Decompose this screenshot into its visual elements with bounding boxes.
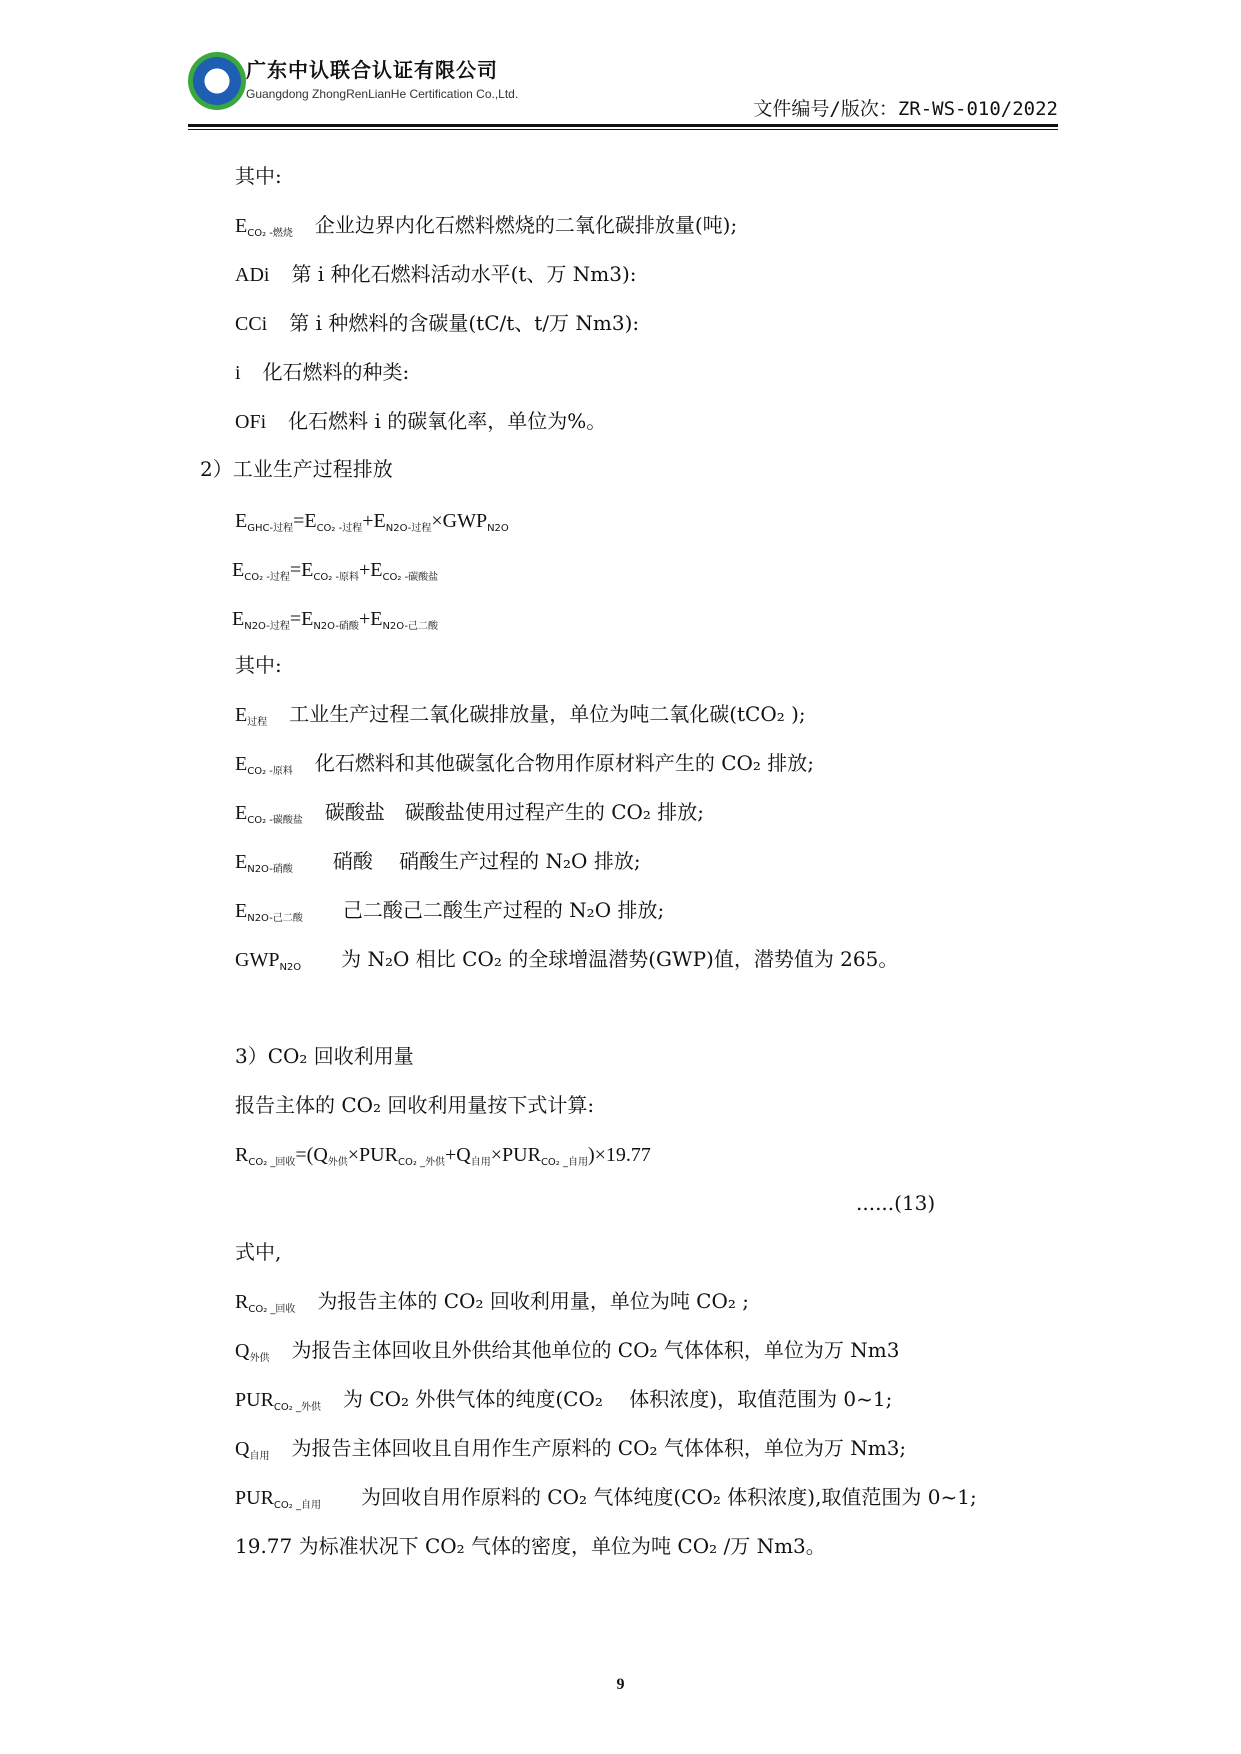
formula-subscript: N2O-硝酸 bbox=[313, 621, 359, 632]
section2-heading: 2）工业生产过程排放 bbox=[200, 455, 393, 483]
definition-row: EN2O-己二酸己二酸己二酸生产过程的 N₂O 排放; bbox=[235, 896, 664, 933]
formula-term: ×PUR bbox=[491, 1141, 541, 1169]
symbol: E bbox=[235, 701, 247, 729]
formula-term: ×GWP bbox=[431, 507, 487, 535]
section1-intro: 其中: bbox=[235, 162, 282, 190]
symbol-subscript: CO₂ _自用 bbox=[274, 1500, 321, 1511]
symbol-subscript: CO₂ -碳酸盐 bbox=[247, 815, 303, 826]
section3-heading: 3）CO₂ 回收利用量 bbox=[235, 1042, 414, 1070]
formula-n2o-process: EN2O-过程=EN2O-硝酸+EN2O-己二酸 bbox=[232, 604, 438, 641]
page-header: 4 广东中认联合认证有限公司 Guangdong ZhongRenLianHe … bbox=[188, 52, 1058, 132]
formula-subscript: N2O-过程 bbox=[244, 621, 290, 632]
definition-text: 化石燃料 i 的碳氧化率，单位为%。 bbox=[288, 409, 606, 433]
definition-row: E过程工业生产过程二氧化碳排放量，单位为吨二氧化碳(tCO₂ ); bbox=[235, 700, 806, 737]
formula-subscript: CO₂ _外供 bbox=[398, 1157, 445, 1168]
definition-row: i化石燃料的种类: bbox=[235, 358, 409, 387]
logo-mark: 4 bbox=[205, 64, 229, 98]
definition-row: CCi第 i 种燃料的含碳量(tC/t、t/万 Nm3): bbox=[235, 309, 639, 338]
definition-text: 化石燃料的种类: bbox=[263, 360, 410, 384]
section3-lead: 报告主体的 CO₂ 回收利用量按下式计算: bbox=[235, 1091, 594, 1119]
formula-term: R bbox=[235, 1141, 248, 1169]
formula-subscript: CO₂ -过程 bbox=[317, 523, 363, 534]
formula-term: E bbox=[232, 605, 244, 633]
definition-text: 己二酸己二酸生产过程的 N₂O 排放; bbox=[343, 898, 664, 922]
symbol-subscript: CO₂ -原料 bbox=[247, 766, 293, 777]
formula-term: E bbox=[232, 556, 244, 584]
formula-subscript: CO₂ _自用 bbox=[541, 1157, 588, 1168]
definition-row: Q 外供为报告主体回收且外供给其他单位的 CO₂ 气体体积，单位为万 Nm3 bbox=[235, 1336, 899, 1373]
definition-text: 硝酸 硝酸生产过程的 N₂O 排放; bbox=[333, 849, 641, 873]
formula-term: =E bbox=[293, 507, 317, 535]
symbol: E bbox=[235, 750, 247, 778]
definition-text: 为回收自用作原料的 CO₂ 气体纯度(CO₂ 体积浓度),取值范围为 0~1; bbox=[361, 1485, 977, 1509]
symbol-subscript: 外供 bbox=[249, 1353, 269, 1364]
symbol-subscript: 自用 bbox=[249, 1451, 269, 1462]
company-name-cn: 广东中认联合认证有限公司 bbox=[246, 54, 498, 83]
symbol: E bbox=[235, 799, 247, 827]
definition-text: 为 CO₂ 外供气体的纯度(CO₂ 体积浓度)，取值范围为 0~1; bbox=[343, 1387, 892, 1411]
formula-subscript: GHC-过程 bbox=[247, 523, 293, 534]
formula-subscript: N2O bbox=[487, 523, 509, 534]
definition-row: RCO₂ _回收为报告主体的 CO₂ 回收利用量，单位为吨 CO₂ ; bbox=[235, 1287, 749, 1324]
symbol: R bbox=[235, 1288, 248, 1316]
symbol: E bbox=[235, 212, 247, 240]
symbol: OFi bbox=[235, 408, 266, 436]
symbol-subscript: 过程 bbox=[247, 717, 267, 728]
definition-text: 为 N₂O 相比 CO₂ 的全球增温潜势(GWP)值，潜势值为 265。 bbox=[341, 947, 898, 971]
symbol-subscript: CO₂ -燃烧 bbox=[247, 228, 293, 239]
formula-co2-process: ECO₂ -过程=ECO₂ -原料+ECO₂ -碳酸盐 bbox=[232, 555, 438, 592]
page-number: 9 bbox=[0, 1676, 1241, 1694]
formula-term: =E bbox=[290, 556, 314, 584]
formula-term: +E bbox=[359, 556, 383, 584]
formula-term: ×PUR bbox=[348, 1141, 398, 1169]
definition-row: OFi化石燃料 i 的碳氧化率，单位为%。 bbox=[235, 407, 606, 436]
document-number: 文件编号/版次：ZR-WS-010/2022 bbox=[753, 94, 1058, 121]
symbol: Q bbox=[235, 1435, 249, 1463]
company-logo-icon: 4 bbox=[188, 52, 246, 110]
symbol: PUR bbox=[235, 1386, 274, 1414]
formula-subscript: 自用 bbox=[471, 1157, 491, 1168]
equation-number: ......(13) bbox=[856, 1189, 935, 1217]
definition-row: GWPN2O为 N₂O 相比 CO₂ 的全球增温潜势(GWP)值，潜势值为 26… bbox=[235, 945, 898, 982]
section2-intro: 其中: bbox=[235, 651, 282, 679]
definition-text: 化石燃料和其他碳氢化合物用作原材料产生的 CO₂ 排放; bbox=[315, 751, 814, 775]
symbol-subscript: CO₂ _回收 bbox=[248, 1304, 295, 1315]
company-name-en: Guangdong ZhongRenLianHe Certification C… bbox=[246, 87, 518, 101]
symbol-subscript: N2O-己二酸 bbox=[247, 913, 303, 924]
definition-row: EN2O-硝酸硝酸 硝酸生产过程的 N₂O 排放; bbox=[235, 847, 641, 884]
definition-text: 企业边界内化石燃料燃烧的二氧化碳排放量(吨); bbox=[315, 213, 737, 237]
formula-term: +Q bbox=[445, 1141, 471, 1169]
formula-subscript: N2O-过程 bbox=[386, 523, 432, 534]
header-rule-thick bbox=[188, 124, 1058, 127]
definition-text: 为报告主体回收且自用作生产原料的 CO₂ 气体体积，单位为万 Nm3; bbox=[291, 1436, 906, 1460]
symbol: GWP bbox=[235, 946, 279, 974]
definition-text: 第 i 种化石燃料活动水平(t、万 Nm3): bbox=[291, 262, 636, 286]
formula-subscript: CO₂ -碳酸盐 bbox=[383, 572, 439, 583]
symbol: Q bbox=[235, 1337, 249, 1365]
symbol: E bbox=[235, 848, 247, 876]
definition-row: ECO₂ -原料化石燃料和其他碳氢化合物用作原材料产生的 CO₂ 排放; bbox=[235, 749, 814, 786]
formula-term: +E bbox=[362, 507, 386, 535]
definition-text: 为报告主体回收且外供给其他单位的 CO₂ 气体体积，单位为万 Nm3 bbox=[291, 1338, 899, 1362]
definition-row: PURCO₂ _自用为回收自用作原料的 CO₂ 气体纯度(CO₂ 体积浓度),取… bbox=[235, 1483, 977, 1520]
formula-co2-recovery: RCO₂ _回收=(Q 外供×PURCO₂ _外供+Q 自用×PURCO₂ _自… bbox=[235, 1140, 651, 1177]
definition-row: ADi第 i 种化石燃料活动水平(t、万 Nm3): bbox=[235, 260, 637, 289]
section3-intro: 式中, bbox=[235, 1238, 281, 1266]
symbol: PUR bbox=[235, 1484, 274, 1512]
formula-subscript: N2O-己二酸 bbox=[382, 621, 438, 632]
definition-row: ECO₂ -燃烧企业边界内化石燃料燃烧的二氧化碳排放量(吨); bbox=[235, 211, 737, 248]
symbol: CCi bbox=[235, 310, 267, 338]
formula-term: =E bbox=[290, 605, 314, 633]
section3-closing: 19.77 为标准状况下 CO₂ 气体的密度，单位为吨 CO₂ /万 Nm3。 bbox=[235, 1532, 826, 1560]
definition-row: ECO₂ -碳酸盐碳酸盐 碳酸盐使用过程产生的 CO₂ 排放; bbox=[235, 798, 704, 835]
formula-term: +E bbox=[359, 605, 383, 633]
symbol: i bbox=[235, 359, 241, 387]
formula-subscript: CO₂ -过程 bbox=[244, 572, 290, 583]
definition-row: Q 自用为报告主体回收且自用作生产原料的 CO₂ 气体体积，单位为万 Nm3; bbox=[235, 1434, 906, 1471]
definition-row: PURCO₂ _外供为 CO₂ 外供气体的纯度(CO₂ 体积浓度)，取值范围为 … bbox=[235, 1385, 892, 1422]
symbol-subscript: CO₂ _外供 bbox=[274, 1402, 321, 1413]
formula-subscript: 外供 bbox=[328, 1157, 348, 1168]
symbol: ADi bbox=[235, 261, 269, 289]
symbol-subscript: N2O-硝酸 bbox=[247, 864, 293, 875]
formula-subscript: CO₂ _回收 bbox=[248, 1157, 295, 1168]
formula-subscript: CO₂ -原料 bbox=[313, 572, 359, 583]
formula-ghg: EGHC-过程=ECO₂ -过程+EN2O-过程×GWPN2O bbox=[235, 506, 509, 543]
definition-text: 碳酸盐 碳酸盐使用过程产生的 CO₂ 排放; bbox=[325, 800, 704, 824]
formula-term: E bbox=[235, 507, 247, 535]
symbol: E bbox=[235, 897, 247, 925]
definition-text: 工业生产过程二氧化碳排放量，单位为吨二氧化碳(tCO₂ ); bbox=[289, 702, 805, 726]
header-rule-thin bbox=[188, 129, 1058, 130]
formula-term: )×19.77 bbox=[588, 1141, 651, 1169]
symbol-subscript: N2O bbox=[279, 962, 301, 973]
formula-term: =(Q bbox=[295, 1141, 327, 1169]
definition-text: 为报告主体的 CO₂ 回收利用量，单位为吨 CO₂ ; bbox=[317, 1289, 749, 1313]
definition-text: 第 i 种燃料的含碳量(tC/t、t/万 Nm3): bbox=[289, 311, 639, 335]
